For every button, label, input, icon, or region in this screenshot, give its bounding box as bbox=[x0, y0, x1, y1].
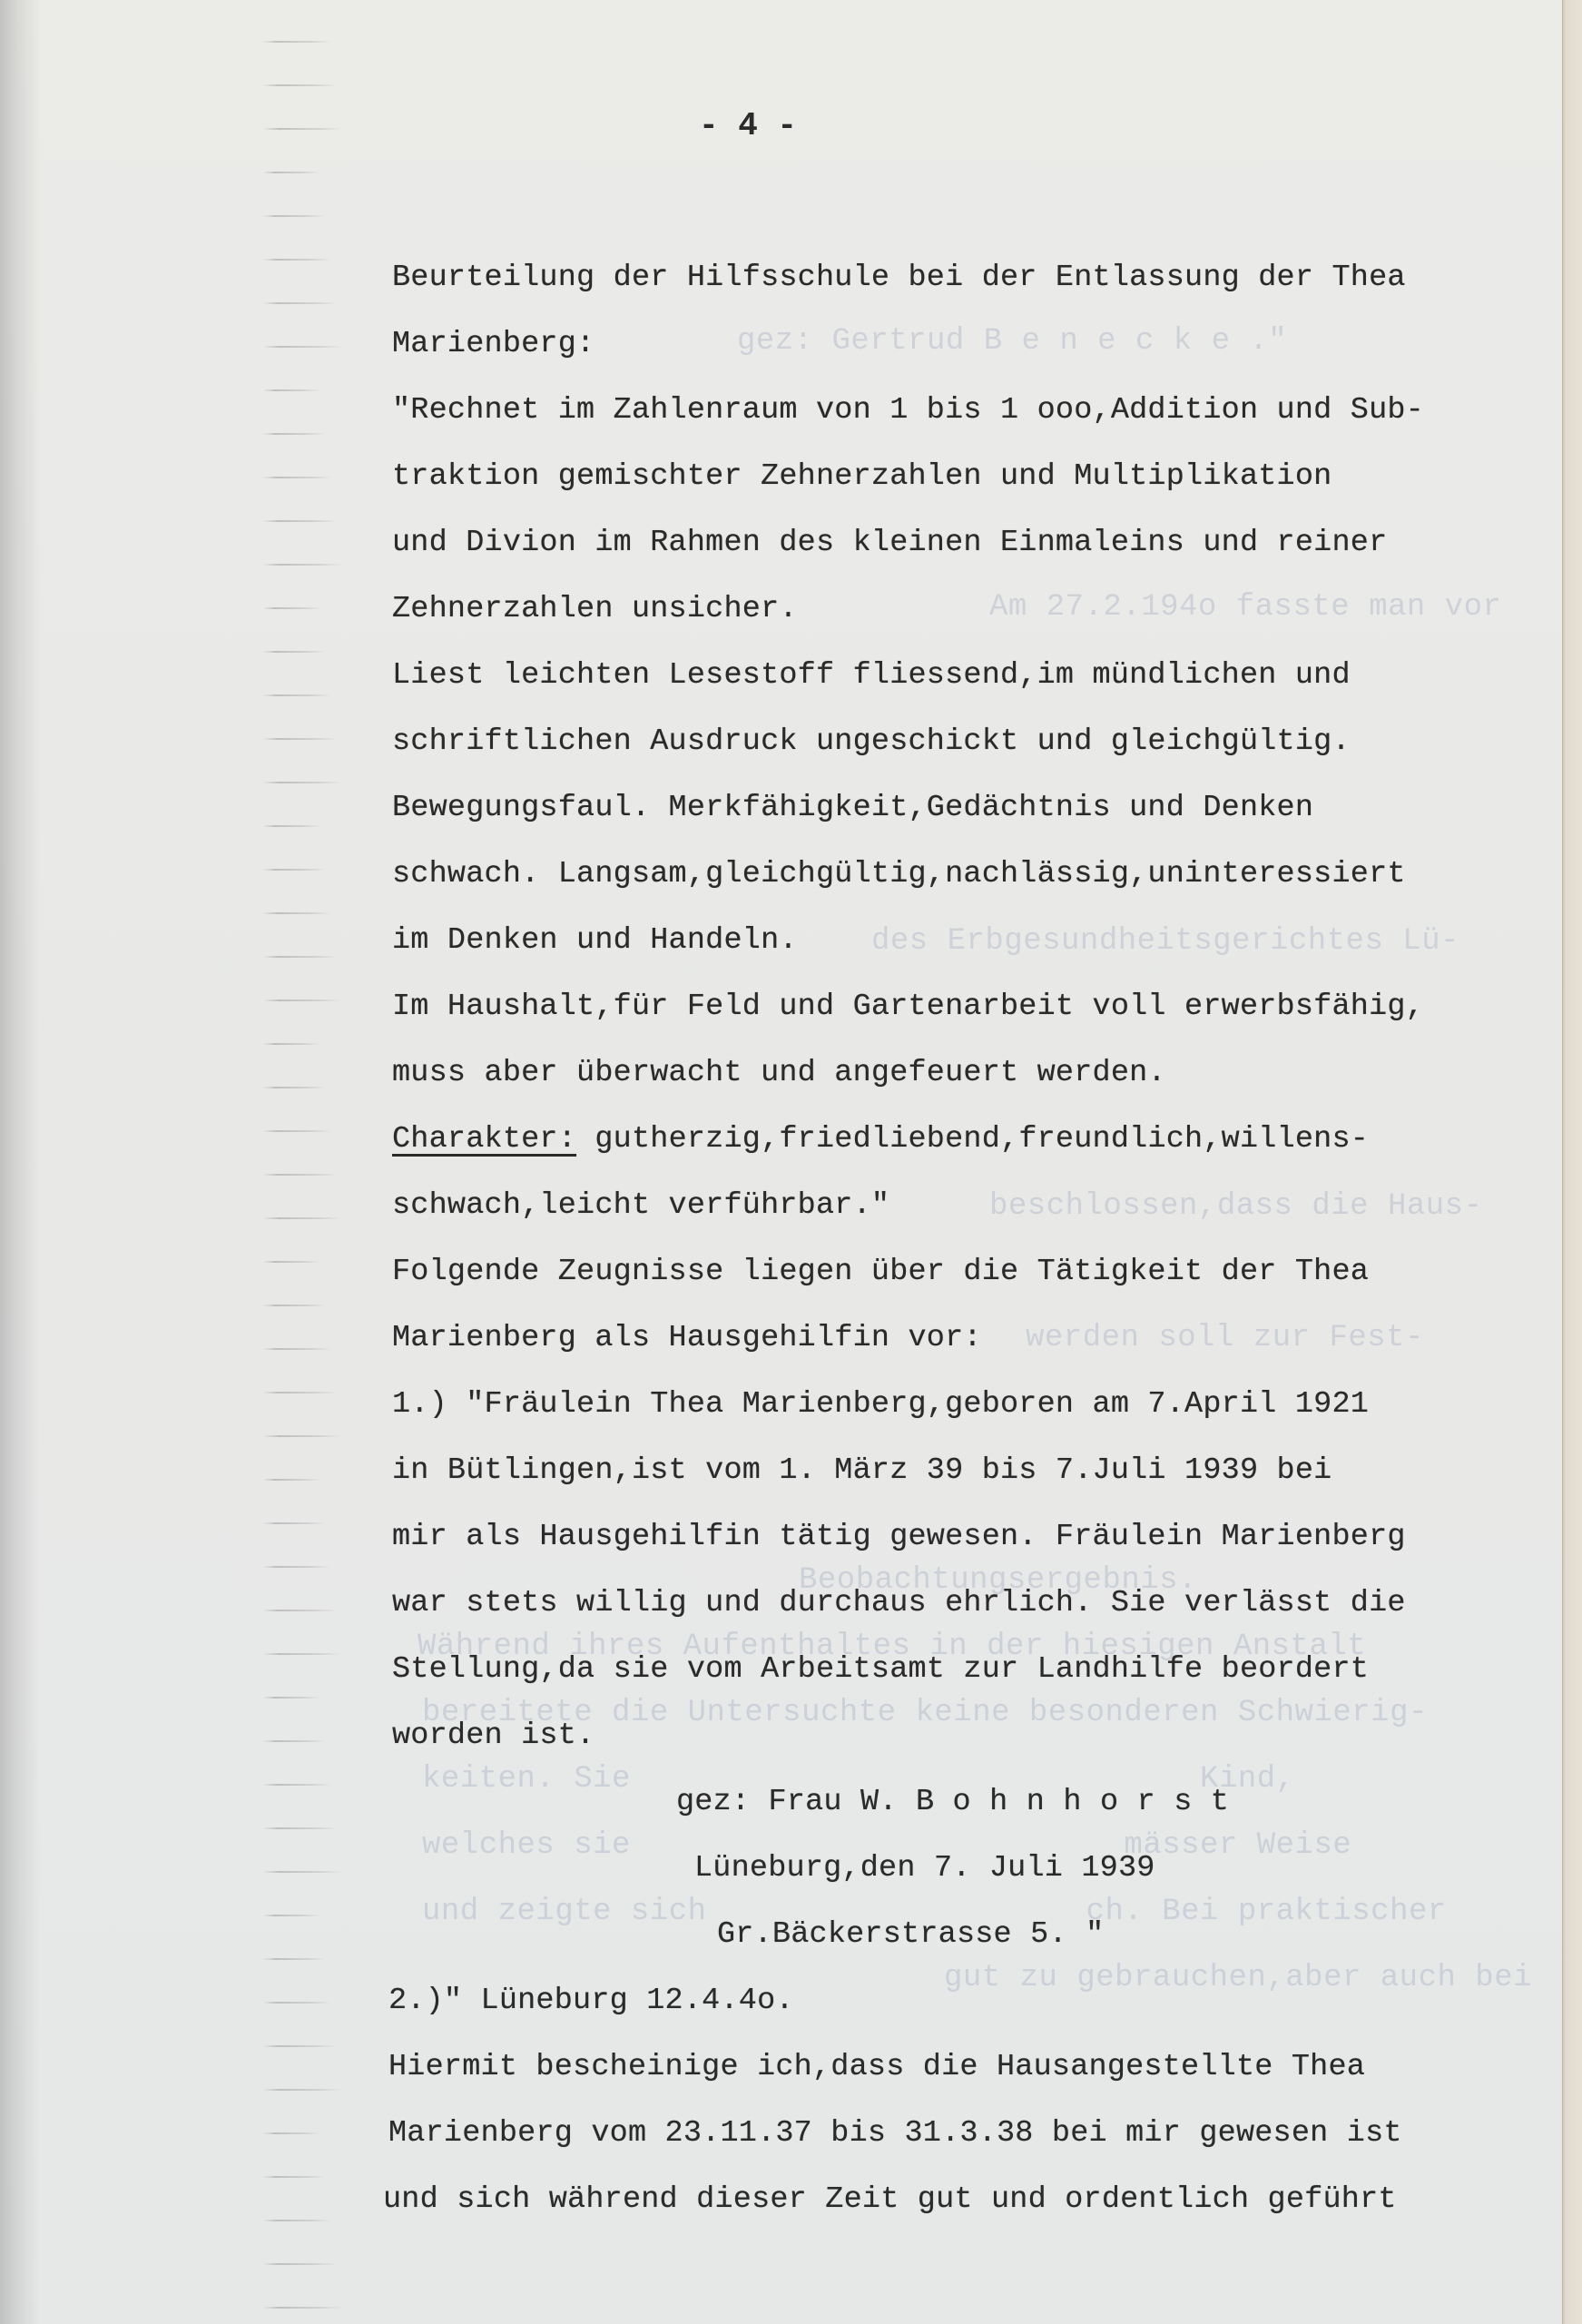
text-line: Marienberg vom 23.11.37 bis 31.3.38 bei … bbox=[388, 2116, 1402, 2151]
margin-mark bbox=[263, 302, 337, 304]
margin-mark bbox=[263, 1435, 342, 1437]
margin-mark bbox=[263, 1217, 342, 1219]
margin-mark bbox=[263, 128, 342, 130]
text-line: Bewegungsfaul. Merkfähigkeit,Gedächtnis … bbox=[392, 791, 1313, 825]
margin-mark bbox=[263, 1827, 337, 1829]
margin-mark bbox=[263, 41, 331, 43]
line-text: gutherzig,friedliebend,freundlich,willen… bbox=[576, 1122, 1369, 1157]
text-line: schriftlichen Ausdruck ungeschickt und g… bbox=[392, 724, 1351, 759]
text-line: Lüneburg,den 7. Juli 1939 bbox=[694, 1851, 1155, 1886]
text-line: in Bütlingen,ist vom 1. März 39 bis 7.Ju… bbox=[392, 1453, 1331, 1488]
margin-mark bbox=[263, 1697, 320, 1699]
text-line: Charakter: gutherzig,friedliebend,freund… bbox=[392, 1122, 1369, 1157]
margin-mark bbox=[263, 2307, 342, 2309]
bleed-through-text: beschlossen,dass die Haus- bbox=[989, 1189, 1483, 1224]
margin-mark bbox=[263, 1784, 331, 1786]
margin-mark bbox=[263, 2220, 331, 2221]
margin-mark bbox=[263, 1087, 326, 1088]
margin-mark bbox=[263, 1479, 320, 1481]
margin-mark bbox=[263, 1043, 320, 1045]
margin-mark bbox=[263, 2132, 320, 2134]
text-line: Marienberg: bbox=[392, 327, 594, 361]
margin-mark bbox=[263, 1261, 320, 1263]
text-line: Marienberg als Hausgehilfin vor: bbox=[392, 1321, 982, 1355]
margin-mark bbox=[263, 1348, 331, 1350]
margin-mark bbox=[263, 1174, 337, 1176]
text-line: "Rechnet im Zahlenraum von 1 bis 1 ooo,A… bbox=[392, 393, 1424, 428]
text-line: gez: Frau W. B o h n h o r s t bbox=[676, 1785, 1229, 1819]
margin-mark bbox=[263, 825, 320, 827]
margin-mark bbox=[263, 1000, 342, 1001]
margin-mark bbox=[263, 520, 337, 522]
text-line: Liest leichten Lesestoff fliessend,im mü… bbox=[392, 658, 1351, 693]
margin-mark bbox=[263, 2089, 342, 2091]
margin-mark bbox=[263, 1653, 342, 1655]
text-line: schwach. Langsam,gleichgültig,nachlässig… bbox=[392, 857, 1406, 891]
underlined-label: Charakter: bbox=[392, 1122, 576, 1157]
margin-mark bbox=[263, 2263, 337, 2265]
text-line: worden ist. bbox=[392, 1718, 594, 1753]
bleed-through-text: gut zu gebrauchen,aber auch bei bbox=[944, 1961, 1532, 1995]
margin-mark bbox=[263, 2176, 326, 2178]
margin-mark bbox=[263, 1740, 326, 1742]
page-number: - 4 - bbox=[699, 107, 797, 144]
text-line: mir als Hausgehilfin tätig gewesen. Fräu… bbox=[392, 1520, 1406, 1554]
margin-mark bbox=[263, 1871, 342, 1873]
bleed-through-text: Am 27.2.194o fasste man vor bbox=[989, 590, 1501, 625]
margin-mark bbox=[263, 1392, 337, 1393]
margin-mark bbox=[263, 259, 331, 261]
text-line: Stellung,da sie vom Arbeitsamt zur Landh… bbox=[392, 1652, 1369, 1687]
margin-mark bbox=[263, 172, 320, 173]
margin-mark bbox=[263, 1566, 331, 1568]
text-line: 2.)" Lüneburg 12.4.4o. bbox=[388, 1984, 794, 2018]
margin-mark bbox=[263, 738, 337, 740]
margin-mark bbox=[263, 2002, 331, 2004]
text-line: und sich während dieser Zeit gut und ord… bbox=[383, 2182, 1397, 2217]
margin-mark bbox=[263, 433, 326, 435]
margin-mark bbox=[263, 389, 320, 391]
text-line: war stets willig und durchaus ehrlich. S… bbox=[392, 1586, 1406, 1620]
margin-mark bbox=[263, 564, 342, 566]
text-line: traktion gemischter Zehnerzahlen und Mul… bbox=[392, 459, 1331, 494]
margin-mark bbox=[263, 84, 337, 86]
margin-mark bbox=[263, 2045, 337, 2047]
bleed-through-text: des Erbgesundheitsgerichtes Lü- bbox=[871, 924, 1459, 959]
text-line: Hiermit bescheinige ich,dass die Hausang… bbox=[388, 2050, 1365, 2084]
margin-mark bbox=[263, 1610, 337, 1611]
margin-mark bbox=[263, 956, 337, 958]
margin-mark bbox=[263, 1305, 326, 1306]
text-line: Zehnerzahlen unsicher. bbox=[392, 592, 798, 626]
margin-mark bbox=[263, 477, 331, 478]
text-line: Im Haushalt,für Feld und Gartenarbeit vo… bbox=[392, 990, 1424, 1024]
margin-mark bbox=[263, 1130, 331, 1132]
margin-mark bbox=[263, 651, 326, 653]
margin-mark bbox=[263, 782, 342, 783]
text-line: und Divion im Rahmen des kleinen Einmale… bbox=[392, 526, 1387, 560]
text-line: 1.) "Fräulein Thea Marienberg,geboren am… bbox=[392, 1387, 1369, 1422]
bleed-through-text: werden soll zur Fest- bbox=[1026, 1321, 1424, 1355]
margin-mark bbox=[263, 215, 326, 217]
text-line: im Denken und Handeln. bbox=[392, 923, 798, 958]
margin-mark bbox=[263, 1915, 320, 1916]
text-line: muss aber überwacht und angefeuert werde… bbox=[392, 1056, 1166, 1090]
text-line: schwach,leicht verführbar." bbox=[392, 1188, 889, 1223]
text-line: Folgende Zeugnisse liegen über die Tätig… bbox=[392, 1255, 1369, 1289]
margin-mark bbox=[263, 346, 342, 348]
page-edge bbox=[1563, 0, 1582, 2324]
margin-mark bbox=[263, 1958, 326, 1960]
text-line: Gr.Bäckerstrasse 5. " bbox=[717, 1917, 1104, 1952]
margin-mark bbox=[263, 607, 320, 609]
margin-mark bbox=[263, 912, 331, 914]
bleed-through-text: gez: Gertrud B e n e c k e ." bbox=[737, 324, 1287, 359]
margin-mark bbox=[263, 694, 331, 696]
text-line: Beurteilung der Hilfsschule bei der Entl… bbox=[392, 261, 1406, 295]
margin-mark bbox=[263, 1522, 326, 1524]
margin-mark bbox=[263, 869, 326, 871]
